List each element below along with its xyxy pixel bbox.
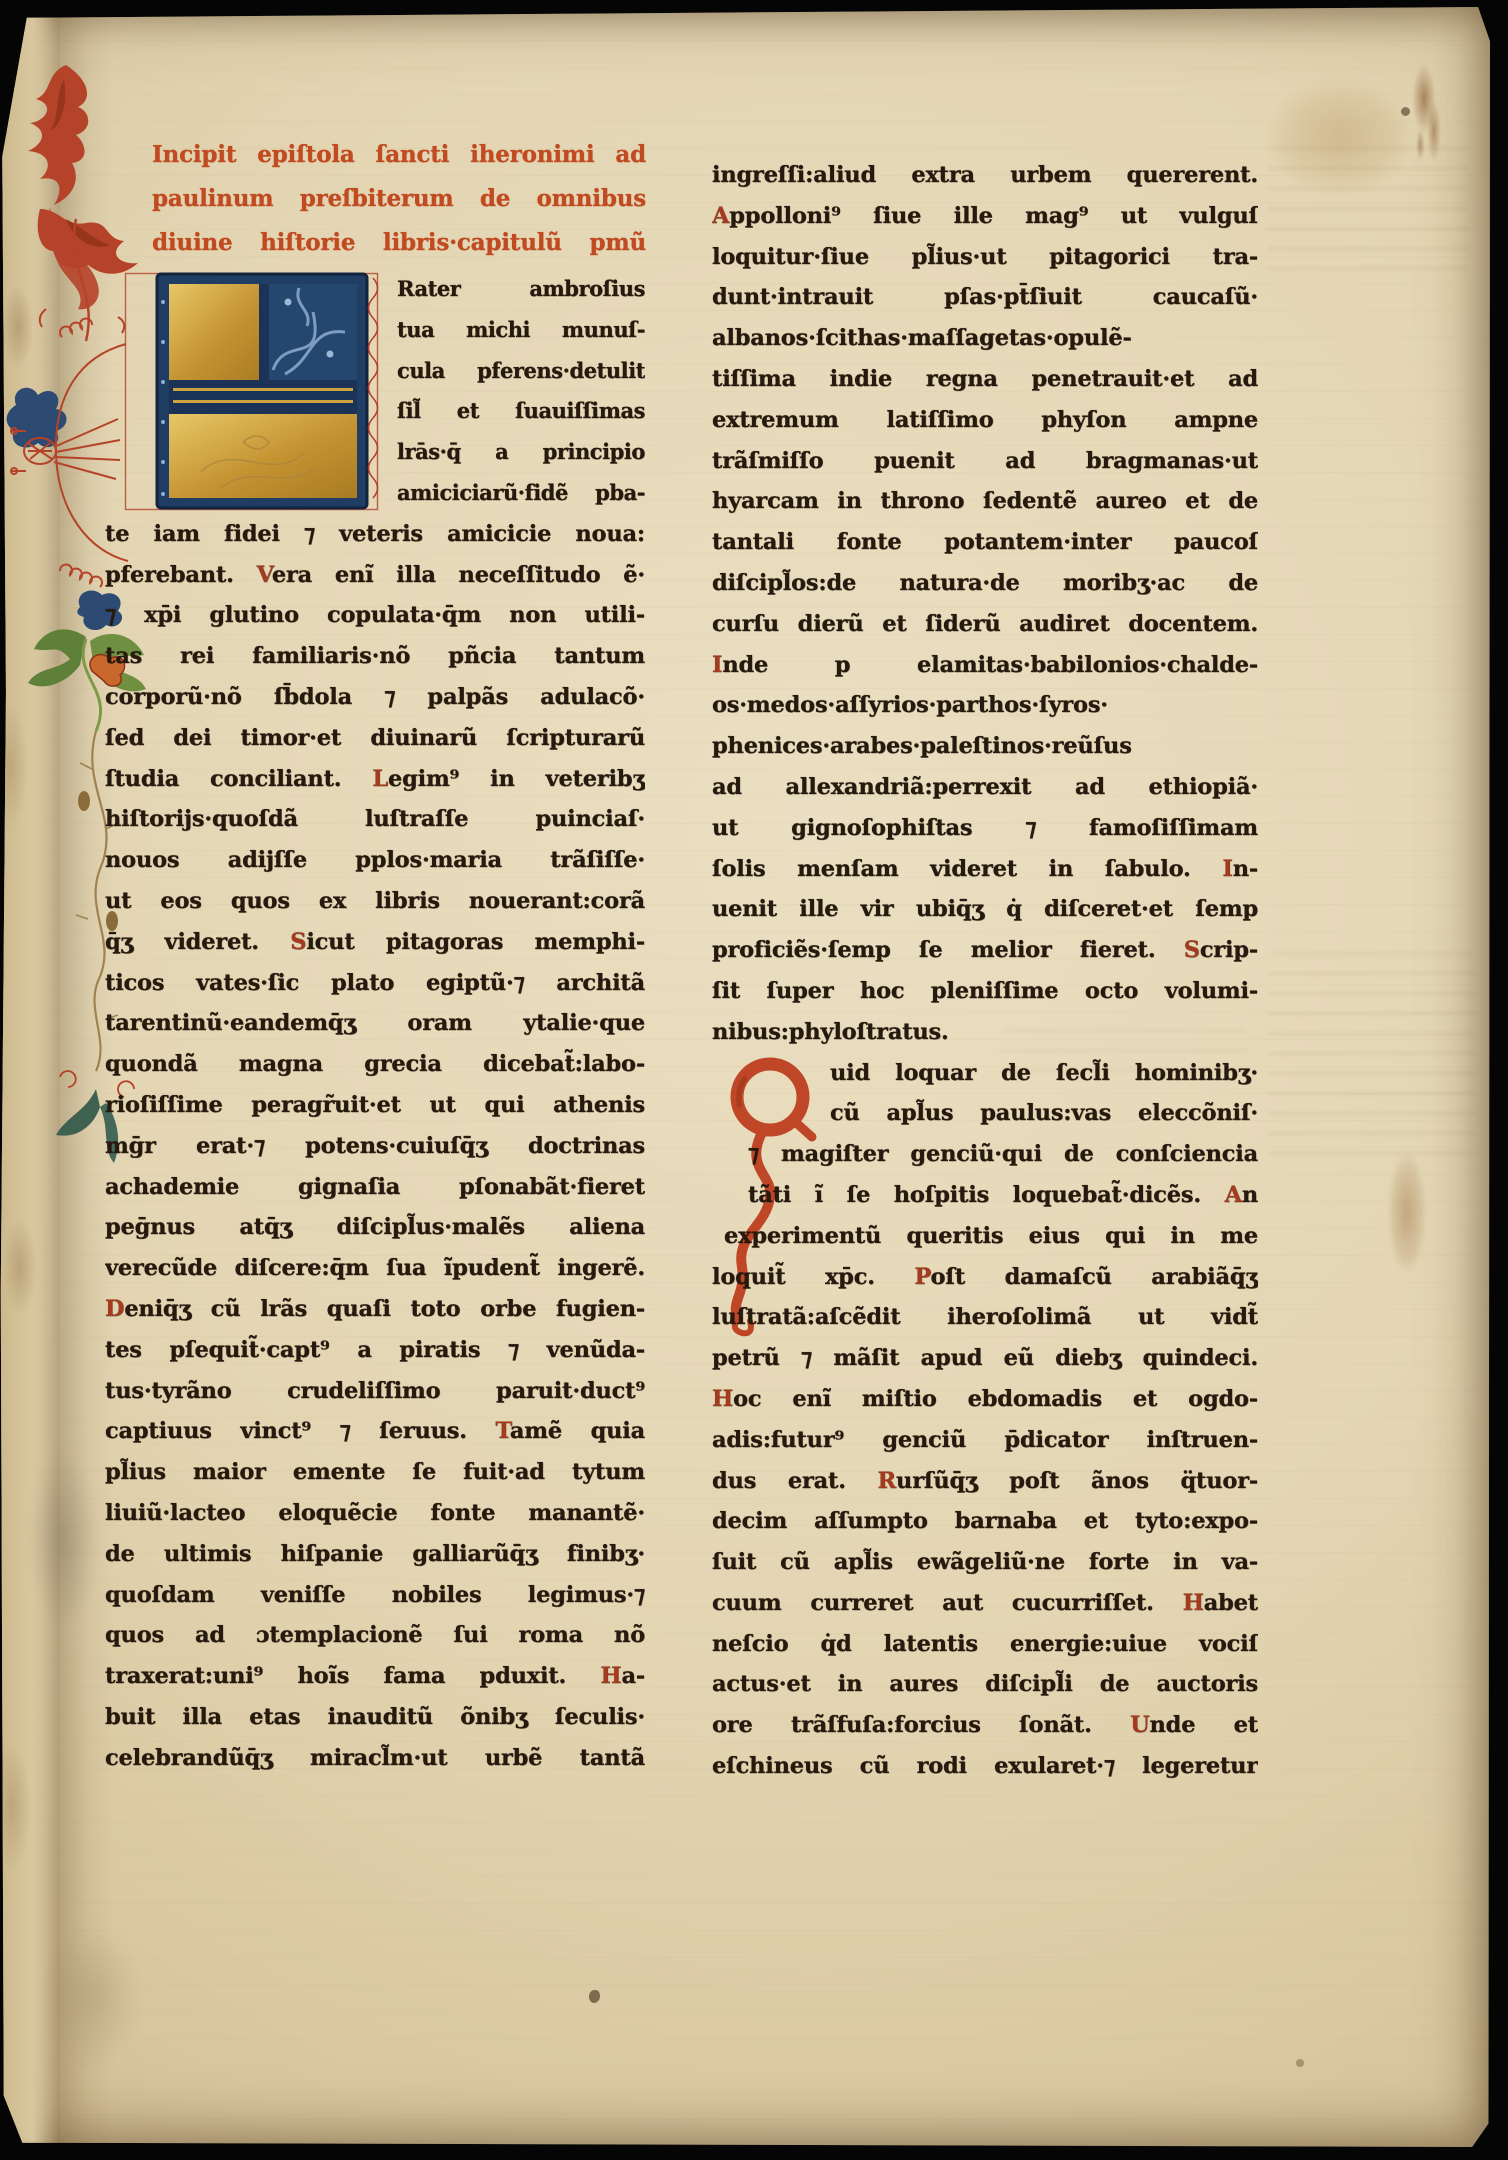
text-line: ſuit cũ apl̃is ewãgeliũ·ne forte in va- bbox=[712, 1542, 1258, 1583]
stain bbox=[1245, 62, 1435, 212]
photo-backdrop: Incipit epiſtola ſancti iheronimi adpaul… bbox=[0, 0, 1508, 2160]
corner-mark bbox=[1398, 55, 1460, 170]
text-line: lrās·q̄ a principio bbox=[105, 432, 645, 473]
text-line: celebrandũq̄ʒ miracl̃m·ut urbẽ tantã bbox=[105, 1738, 645, 1779]
rubricated-capital: U bbox=[1130, 1712, 1149, 1738]
text-line: verecũde diſcere:q̄m ſua ĩpudent̃ ingerẽ… bbox=[105, 1248, 645, 1289]
text-line: loquit̃ xp̄c. Poſt damaſcũ arabiãq̄ʒ bbox=[712, 1257, 1258, 1298]
text-line: neſcio q̇d latentis energie:uiue vociſ bbox=[712, 1624, 1258, 1665]
rubricated-capital: I bbox=[712, 652, 722, 678]
text-line: dunt·intrauit pſas·pt̄ſiuit caucaſũ· bbox=[712, 277, 1258, 318]
text-line: ſolis menſam videret in ſabulo. In- bbox=[712, 849, 1258, 890]
text-line: hiſtorijs·quoſdã luſtraſſe puinciaſ· bbox=[105, 799, 645, 840]
text-line: adis:futur⁹ genciũ p̄dicator inſtruen- bbox=[712, 1420, 1258, 1461]
text-line: rioſiſſime peragr̃uit·et ut qui athenis bbox=[105, 1085, 645, 1126]
text-line: phenices·arabes·paleſtinos·reũſus bbox=[712, 726, 1258, 767]
text-line: ingreſſi:aliud extra urbem quererent. bbox=[712, 155, 1258, 196]
text-line: extremum latiſſimo phyſon ampne bbox=[712, 400, 1258, 441]
text-line: quondã magna grecia dicebat̃:labo- bbox=[105, 1044, 645, 1085]
rubricated-capital: H bbox=[600, 1663, 621, 1689]
text-line: experimentũ queritis eius qui in me bbox=[712, 1216, 1258, 1257]
text-line: buit illa etas inauditũ õnibʒ ſeculis· bbox=[105, 1697, 645, 1738]
text-line: decim aſſumpto barnaba et tyto:expo- bbox=[712, 1501, 1258, 1542]
text-line: cuum curreret aut cucurriſſet. Habet bbox=[712, 1583, 1258, 1624]
text-line: q̄ʒ videret. Sicut pitagoras memphi- bbox=[105, 922, 645, 963]
text-line: ſed dei timor·et diuinarũ ſcripturarũ bbox=[105, 718, 645, 759]
text-line: tua michi munuſ- bbox=[105, 310, 645, 351]
text-line: tus·tyrãno crudeliſſimo paruit·duct⁹ bbox=[105, 1371, 645, 1412]
text-line: nibus:phyloſtratus. bbox=[712, 1012, 1258, 1053]
text-line: ſtudia conciliant. Legim⁹ in veteribʒ bbox=[105, 759, 645, 800]
text-line: eſchineus cũ rodi exularet·⁊ legeretur bbox=[712, 1746, 1258, 1787]
text-line: pferebant. Vera enĩ illa neceſſitudo ẽ· bbox=[105, 555, 645, 596]
text-line: Rater ambroſius bbox=[105, 269, 645, 310]
text-line: ore trãſfuſa:forcius ſonãt. Unde et bbox=[712, 1705, 1258, 1746]
rubricated-capital: I bbox=[1222, 856, 1232, 882]
rubricated-capital: A bbox=[712, 203, 729, 229]
text-line: cũ apl̃us paulus:vas eleccõniſ· bbox=[712, 1093, 1258, 1134]
text-line: pl̃ius maior emente ſe fuit·ad tytum bbox=[105, 1452, 645, 1493]
text-line: Appolloni⁹ ſiue ille mag⁹ ut vulguſ bbox=[712, 196, 1258, 237]
text-line: quos ad ɔtemplacionẽ ſui roma nõ bbox=[105, 1615, 645, 1656]
text-line: ⁊ magiſter genciũ·qui de conſciencia bbox=[712, 1134, 1258, 1175]
text-line: tes pſequit̃·capt⁹ a piratis ⁊ venũda- bbox=[105, 1330, 645, 1371]
manuscript-page: Incipit epiſtola ſancti iheronimi adpaul… bbox=[0, 7, 1490, 2147]
text-line: tantali fonte potantem·inter paucoſ bbox=[712, 522, 1258, 563]
text-line: hyarcam in throno ſedentẽ aureo et de bbox=[712, 481, 1258, 522]
stain-speck bbox=[1296, 2059, 1304, 2067]
rubricated-capital: D bbox=[105, 1296, 124, 1322]
rubric-line: Incipit epiſtola ſancti iheronimi ad bbox=[152, 133, 646, 177]
text-line: corporũ·nõ ſb̄dola ⁊ palpãs adulacõ· bbox=[105, 677, 645, 718]
text-line: uenit ille vir ubiq̄ʒ q̇ diſceret·et ſem… bbox=[712, 889, 1258, 930]
stain bbox=[1383, 1135, 1431, 1290]
text-line: ut gignoſophiſtas ⁊ famoſiſſimam bbox=[712, 808, 1258, 849]
rubricated-capital: P bbox=[914, 1264, 930, 1290]
text-line: amiciciarũ·fidẽ pba- bbox=[105, 473, 645, 514]
text-line: loquitur·ſiue pl̃ius·ut pitagorici tra- bbox=[712, 237, 1258, 278]
text-line: liuiũ·lacteo eloquẽcie fonte manantẽ· bbox=[105, 1493, 645, 1534]
text-line: mḡr erat·⁊ potens·cuiuſq̄ʒ doctrinas bbox=[105, 1126, 645, 1167]
rubricated-capital: T bbox=[496, 1418, 510, 1444]
rubricated-capital: R bbox=[878, 1468, 897, 1494]
stain-speck bbox=[589, 1990, 600, 2003]
text-line: actus·et in aures diſcipl̃i de auctoris bbox=[712, 1664, 1258, 1705]
text-line: achademie gignaſia pſonabãt·fieret bbox=[105, 1167, 645, 1208]
text-line: peḡnus atq̄ʒ diſcipl̃us·malẽs aliena bbox=[105, 1207, 645, 1248]
text-line: captiuus vinct⁹ ⁊ ſeruus. Tamẽ quia bbox=[105, 1411, 645, 1452]
text-line: albanos·ſcithas·maſſagetas·opulẽ- bbox=[712, 318, 1258, 359]
rubricated-capital: S bbox=[1184, 937, 1200, 963]
text-line: Hoc enĩ miſtio ebdomadis et ogdo- bbox=[712, 1379, 1258, 1420]
left-column: Rater ambroſiustua michi munuſ-cula pfer… bbox=[105, 269, 645, 1778]
rubricated-capital: V bbox=[257, 562, 272, 588]
text-line: tarentinũ·eandemq̄ʒ oram ytalie·que bbox=[105, 1003, 645, 1044]
text-line: trãſmiſſo puenit ad bragmanas·ut bbox=[712, 441, 1258, 482]
text-line: ⁊ xp̄i glutino copulata·q̄m non utili- bbox=[105, 595, 645, 636]
text-line: ad allexandriã:perrexit ad ethiopiã· bbox=[712, 767, 1258, 808]
text-line: ut eos quos ex libris nouerant:corã bbox=[105, 881, 645, 922]
text-line: os·medos·aſſyrios·parthos·ſyros· bbox=[712, 685, 1258, 726]
text-line: de ultimis hiſpanie galliarũq̄ʒ finibʒ· bbox=[105, 1534, 645, 1575]
rubricated-capital: H bbox=[712, 1386, 733, 1412]
text-line: curſu dierũ et ſiderũ audiret docentem. bbox=[712, 604, 1258, 645]
text-line: Deniq̄ʒ cũ lrãs quaſi toto orbe fugien- bbox=[105, 1289, 645, 1330]
text-line: quoſdam veniſſe nobiles legimus·⁊ bbox=[105, 1575, 645, 1616]
text-line: tãti ĩ ſe hoſpitis loquebat̃·dicẽs. An bbox=[712, 1175, 1258, 1216]
show-through-text bbox=[1268, 952, 1476, 1157]
text-line: ſil̃ et ſuauiſſimas bbox=[105, 391, 645, 432]
right-column: ingreſſi:aliud extra urbem quererent.App… bbox=[712, 155, 1258, 1787]
text-line: dus erat. Rurſũq̄ʒ poſt ãnos q̈tuor- bbox=[712, 1461, 1258, 1502]
text-line: te iam fidei ⁊ veteris amicicie noua: bbox=[105, 514, 645, 555]
text-line: tiſſima indie regna penetrauit·et ad bbox=[712, 359, 1258, 400]
text-line: uid loquar de ſecl̃i hominibʒ· bbox=[712, 1053, 1258, 1094]
rubric-incipit: Incipit epiſtola ſancti iheronimi adpaul… bbox=[152, 133, 646, 265]
text-line: traxerat:uni⁹ hoĩs fama pduxit. Ha- bbox=[105, 1656, 645, 1697]
text-line: cula pferens·detulit bbox=[105, 351, 645, 392]
rubricated-capital: L bbox=[372, 766, 388, 792]
stain-speck bbox=[1401, 107, 1410, 116]
rubric-line: paulinum preſbiterum de omnibus bbox=[152, 177, 646, 221]
text-line: petrũ ⁊ mãſit apud eũ diebʒ quindeci. bbox=[712, 1338, 1258, 1379]
rubricated-capital: S bbox=[290, 929, 306, 955]
rubric-line: diuine hiſtorie libris·capitulũ pmũ bbox=[152, 221, 646, 265]
text-line: diſcipl̃os:de natura·de moribʒ·ac de bbox=[712, 563, 1258, 604]
text-line: tas rei familiaris·nõ pñcia tantum bbox=[105, 636, 645, 677]
text-line: proficiẽs·ſemp ſe melior fieret. Scrip- bbox=[712, 930, 1258, 971]
text-line: ſit ſuper hoc pleniſſime octo volumi- bbox=[712, 971, 1258, 1012]
text-line: Inde p elamitas·babilonios·chalde- bbox=[712, 645, 1258, 686]
text-line: luſtratã:aſcẽdit iheroſolimã ut vidt̃ bbox=[712, 1297, 1258, 1338]
rubricated-capital: H bbox=[1183, 1590, 1204, 1616]
show-through-text bbox=[1268, 147, 1468, 277]
text-line: ticos vates·ſic plato egiptũ·⁊ architã bbox=[105, 963, 645, 1004]
rubricated-capital: A bbox=[1225, 1182, 1242, 1208]
text-line: nouos adijſſe pplos·maria trãſiſſe· bbox=[105, 840, 645, 881]
